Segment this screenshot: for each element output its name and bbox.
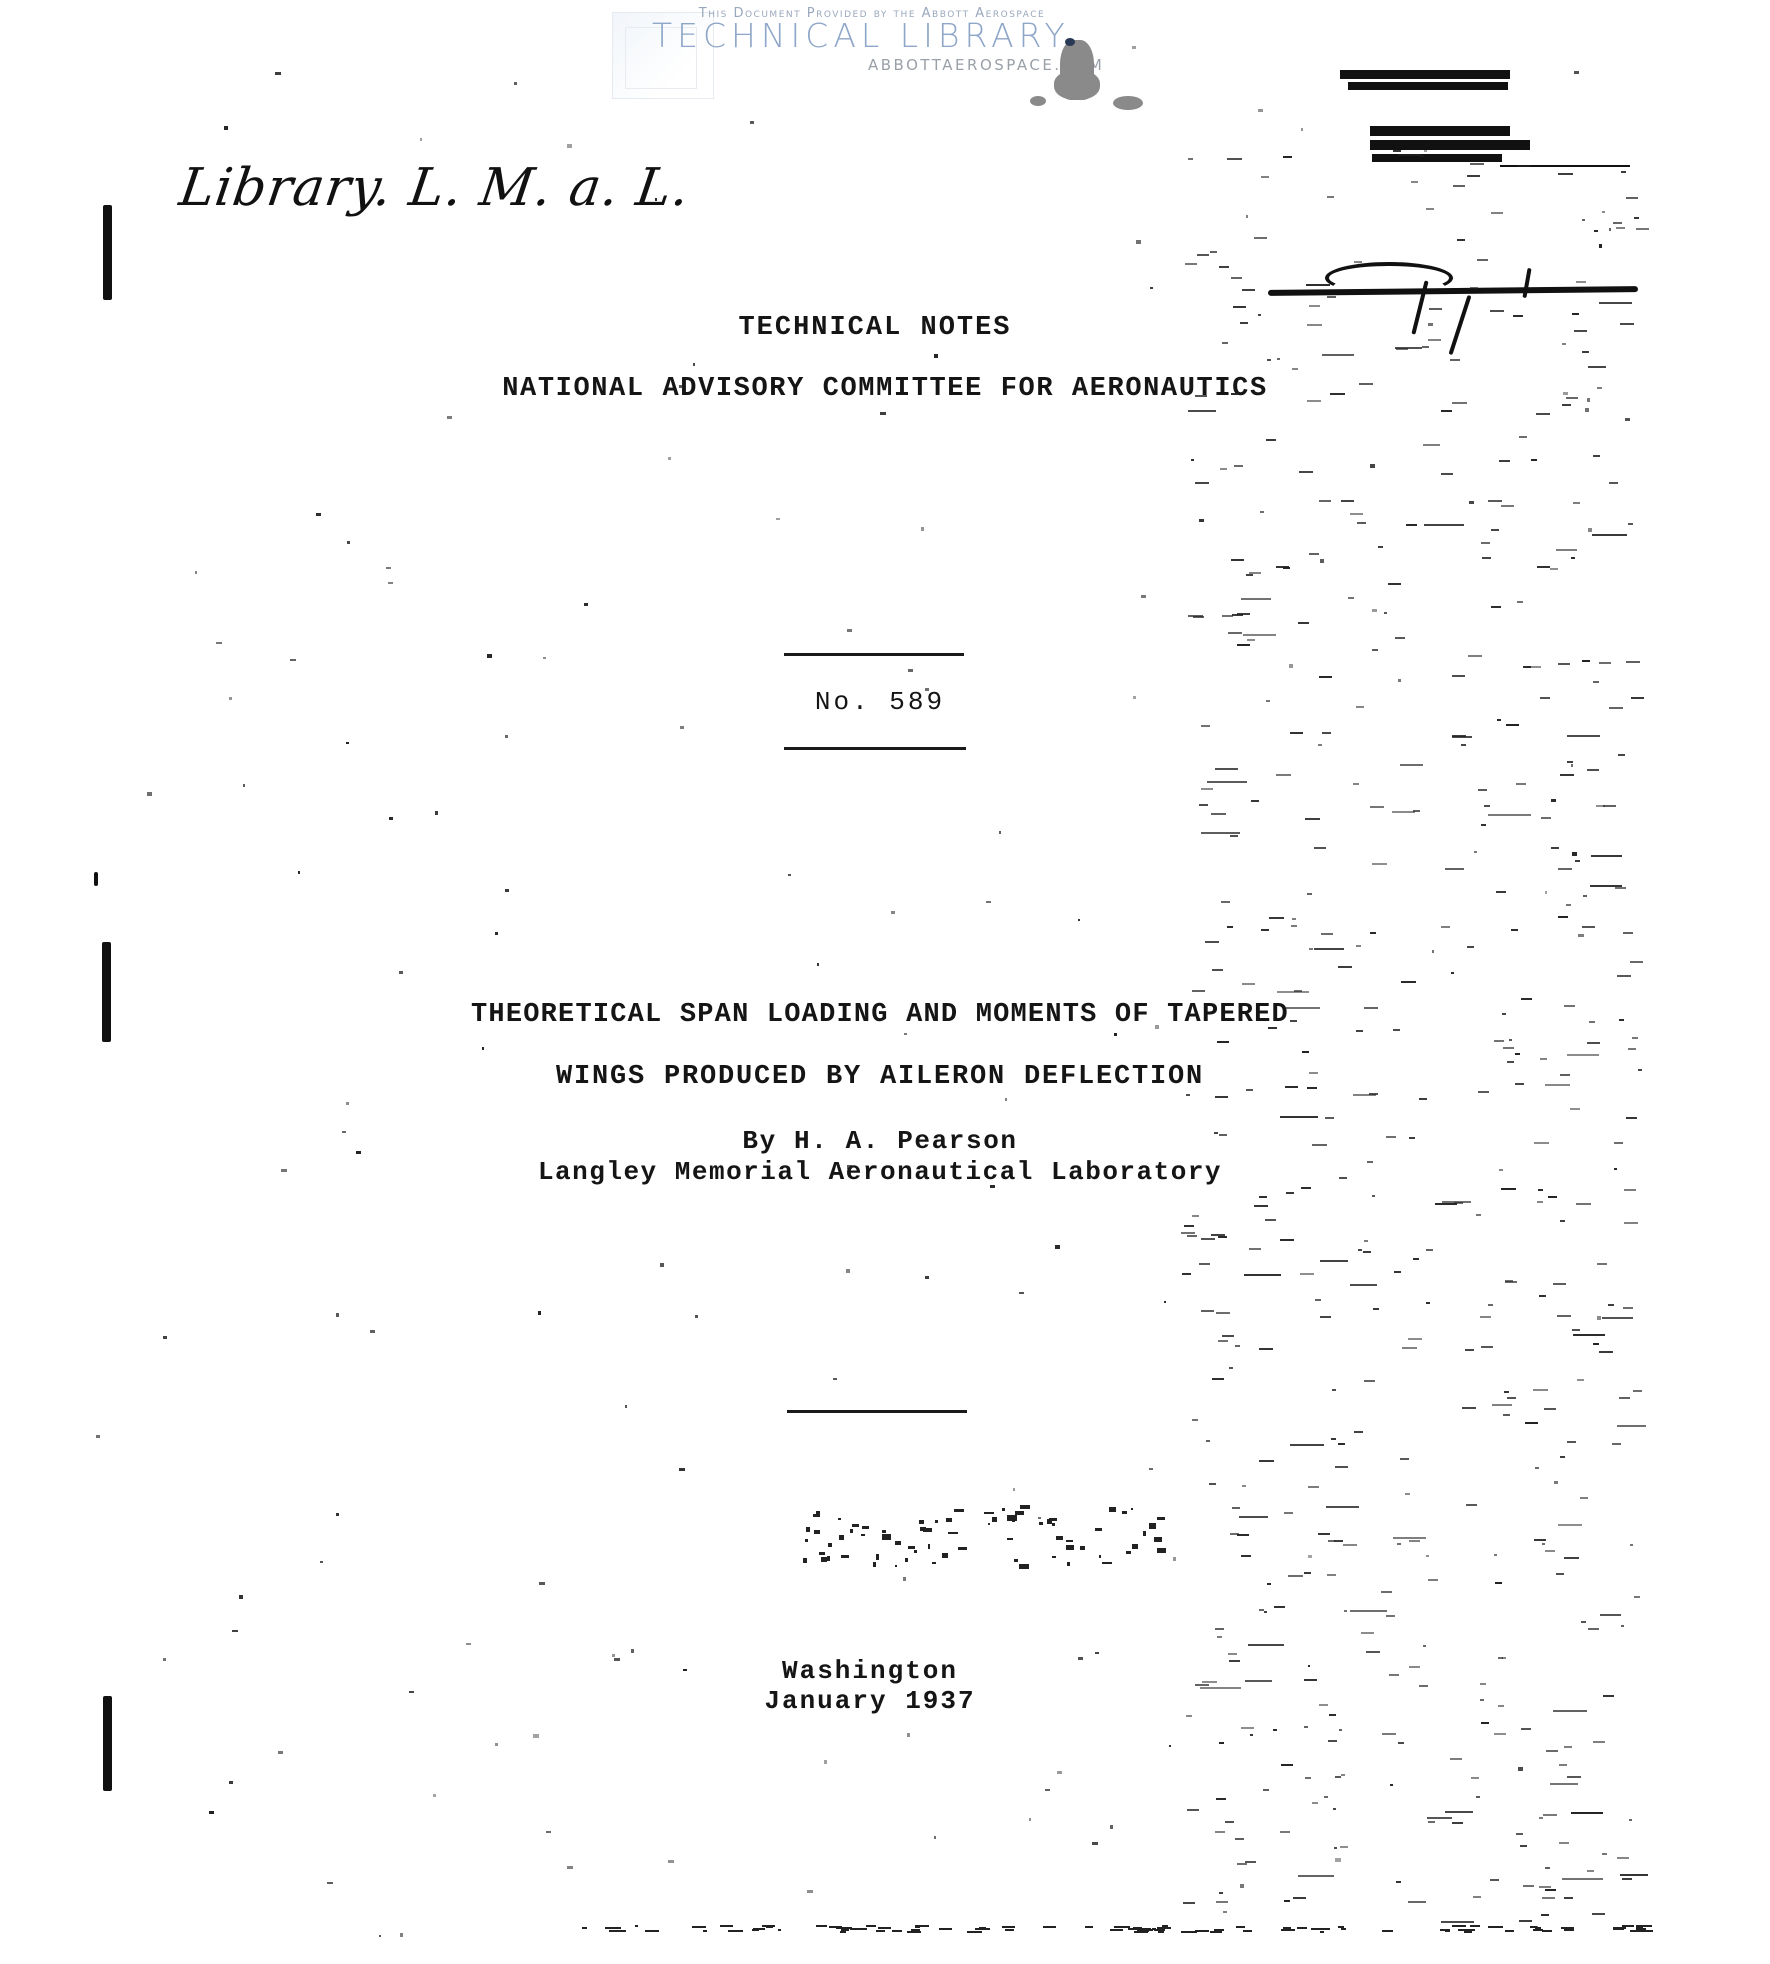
binding-mark-middle — [102, 942, 111, 1042]
series-heading: TECHNICAL NOTES — [700, 313, 1050, 343]
document-title-line-2: WINGS PRODUCED BY AILERON DEFLECTION — [390, 1062, 1370, 1092]
affiliation-line: Langley Memorial Aeronautical Laboratory — [390, 1157, 1370, 1187]
publication-date: January 1937 — [700, 1686, 1040, 1716]
publication-city: Washington — [700, 1656, 1040, 1686]
document-title-line-1: THEORETICAL SPAN LOADING AND MOMENTS OF … — [390, 1000, 1370, 1030]
watermark-library-text: TECHNICAL LIBRARY — [652, 16, 1070, 55]
document-number: No. 589 — [760, 687, 1000, 717]
number-rule-bottom — [784, 747, 966, 750]
binding-mark-tick — [94, 872, 98, 886]
author-line: By H. A. Pearson — [600, 1126, 1160, 1156]
handwritten-annotation: Library. L. M. a. L. — [176, 158, 694, 218]
organization-heading: NATIONAL ADVISORY COMMITTEE FOR AERONAUT… — [420, 374, 1350, 404]
binding-mark-bottom — [103, 1696, 112, 1791]
number-rule-top — [784, 653, 964, 656]
section-divider-rule — [787, 1410, 967, 1413]
binding-mark-top — [103, 205, 112, 300]
